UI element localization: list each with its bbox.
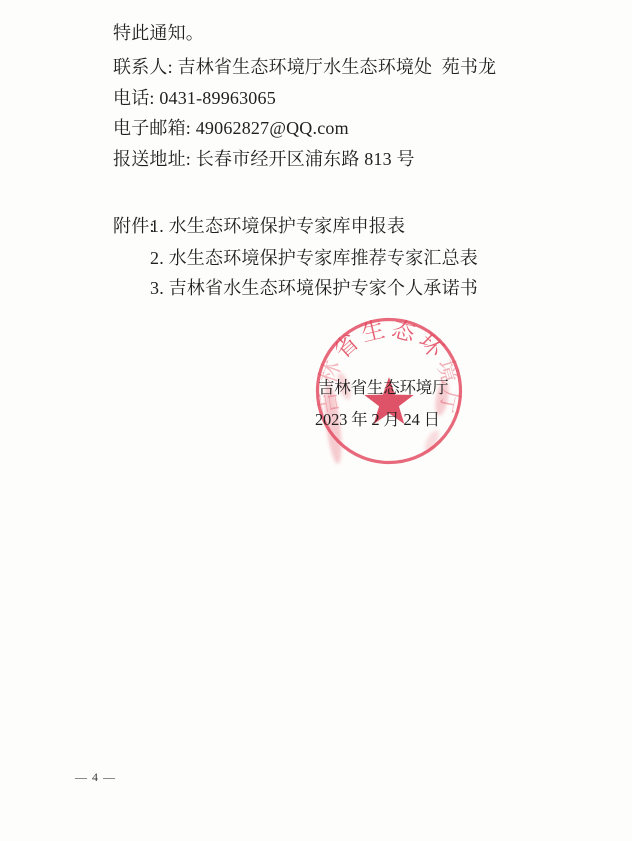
address-label: 报送地址: [113, 149, 191, 169]
attachment-item-2: 2. 水生态环境保护专家库推荐专家汇总表 [150, 249, 478, 269]
contact-person-label: 联系人: [113, 57, 173, 77]
email-value: 49062827@QQ.com [196, 118, 349, 138]
attachment-item-1: 1. 水生态环境保护专家库申报表 [150, 217, 405, 237]
closing-line: 特此通知。 [113, 24, 204, 44]
attachments-label: 附件: [113, 217, 155, 237]
phone-line: 电话: 0431-89963065 [113, 89, 276, 109]
address-line: 报送地址: 长春市经开区浦东路 813 号 [113, 150, 415, 170]
issuer-signature: 吉林省生态环境厅 [318, 379, 448, 397]
phone-label: 电话: [113, 88, 155, 108]
email-label: 电子邮箱: [113, 118, 191, 138]
contact-person-line: 联系人: 吉林省生态环境厅水生态环境处 苑书龙 [113, 58, 496, 78]
page-number: — 4 — [75, 770, 116, 785]
phone-value: 0431-89963065 [159, 88, 276, 108]
issue-date: 2023 年 2 月 24 日 [315, 411, 440, 429]
contact-person-value: 吉林省生态环境厅水生态环境处 苑书龙 [178, 57, 497, 77]
address-value: 长春市经开区浦东路 813 号 [196, 149, 415, 169]
email-line: 电子邮箱: 49062827@QQ.com [113, 119, 349, 139]
document-page: 特此通知。 联系人: 吉林省生态环境厅水生态环境处 苑书龙 电话: 0431-8… [0, 0, 632, 841]
